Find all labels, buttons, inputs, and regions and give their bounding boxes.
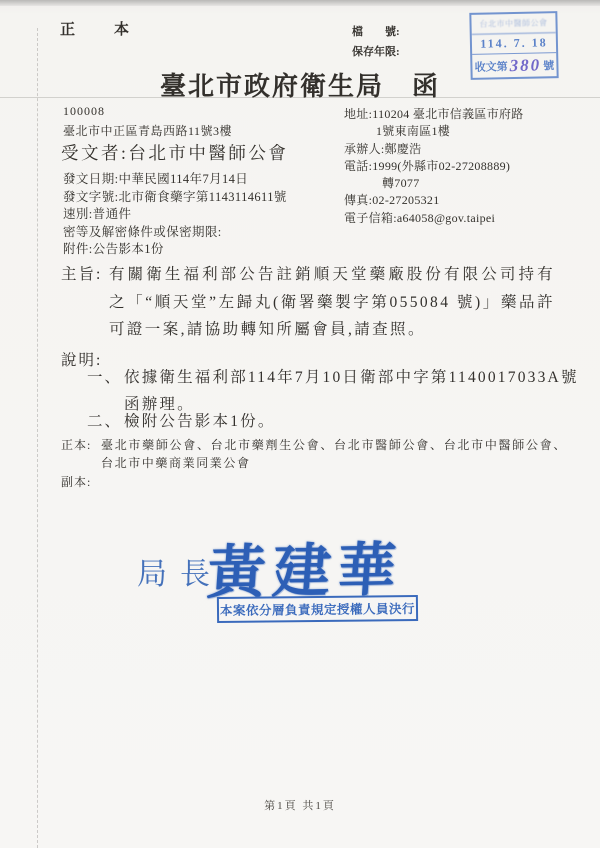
fold-line-left (37, 28, 38, 848)
agency-officer-line: 承辦人:鄭慶浩 (344, 141, 524, 158)
speed-line: 速別:普通件 (63, 206, 287, 224)
explanation-item-2: 二、 檢附公告影本1份。 (87, 409, 579, 436)
item-2-label: 二、 (87, 409, 124, 436)
carbon-copy-label: 副本: (61, 473, 91, 490)
scan-artifact-top (0, 0, 600, 6)
reception-stamp-date: 114. 7. 18 (472, 33, 556, 55)
archive-no-label: 檔 號: (352, 22, 400, 42)
attachment-line: 附件:公告影本1份 (63, 241, 287, 259)
subject-text: 有關衛生福利部公告註銷順天堂藥廠股份有限公司持有之「“順天堂”左歸丸(衛署藥製字… (109, 261, 555, 344)
reception-stamp-org: 台北市中醫師公會 (471, 13, 555, 35)
issue-date-line: 發文日期:中華民國114年7月14日 (63, 171, 287, 189)
received-number: 380 (509, 55, 541, 76)
recipient-address: 臺北市中正區青島西路11號3樓 (63, 122, 232, 139)
issuance-meta-block: 發文日期:中華民國114年7月14日 發文字號:北市衛食藥字第114311461… (63, 171, 287, 259)
agency-fax-line: 傳真:02-27205321 (344, 192, 524, 209)
agency-contact-block: 地址:110204 臺北市信義區市府路 1號東南區1樓 承辦人:鄭慶浩 電話:1… (344, 106, 524, 227)
reception-stamp: 台北市中醫師公會 114. 7. 18 收文第 380 號 (469, 11, 558, 80)
reception-stamp-number-row: 收文第 380 號 (472, 53, 556, 78)
doc-number-line: 發文字號:北市衛食藥字第1143114611號 (63, 189, 287, 207)
subject-section: 主旨: 有關衛生福利部公告註銷順天堂藥廠股份有限公司持有之「“順天堂”左歸丸(衛… (61, 261, 555, 344)
received-prefix: 收文第 (475, 58, 508, 75)
scanned-letter-page: 正 本 檔 號: 保存年限: 臺北市政府衛生局 函 台北市中醫師公會 114. … (0, 0, 600, 848)
original-label: 正本: (61, 437, 101, 472)
security-line: 密等及解密條件或保密期限: (63, 224, 287, 242)
agency-phone-line1: 電話:1999(外縣市02-27208889) (344, 158, 524, 175)
agency-email-line: 電子信箱:a64058@gov.taipei (344, 210, 524, 227)
original-copies-section: 正本: 臺北市藥師公會、台北市藥劑生公會、台北市醫師公會、台北市中醫師公會、台北… (61, 437, 567, 472)
recipient-name-line: 受文者:台北市中醫師公會 (61, 140, 288, 165)
original-recipients: 臺北市藥師公會、台北市藥劑生公會、台北市醫師公會、台北市中醫師公會、台北市中藥商… (101, 437, 567, 472)
subject-label: 主旨: (61, 261, 109, 344)
retention-label: 保存年限: (352, 42, 400, 62)
agency-address-line1: 地址:110204 臺北市信義區市府路 (344, 106, 524, 123)
archive-labels: 檔 號: 保存年限: (352, 22, 400, 62)
delegation-authority-stamp: 本案依分層負責規定授權人員決行 (217, 595, 418, 623)
agency-phone-line2: 轉7077 (344, 175, 524, 192)
item-2-text: 檢附公告影本1份。 (124, 409, 579, 436)
recipient-postal-code: 100008 (63, 104, 105, 119)
page-number-footer: 第1頁 共1頁 (0, 797, 600, 813)
copy-type-label: 正 本 (60, 18, 141, 39)
received-suffix: 號 (543, 57, 554, 73)
agency-address-line2: 1號東南區1樓 (344, 123, 524, 140)
